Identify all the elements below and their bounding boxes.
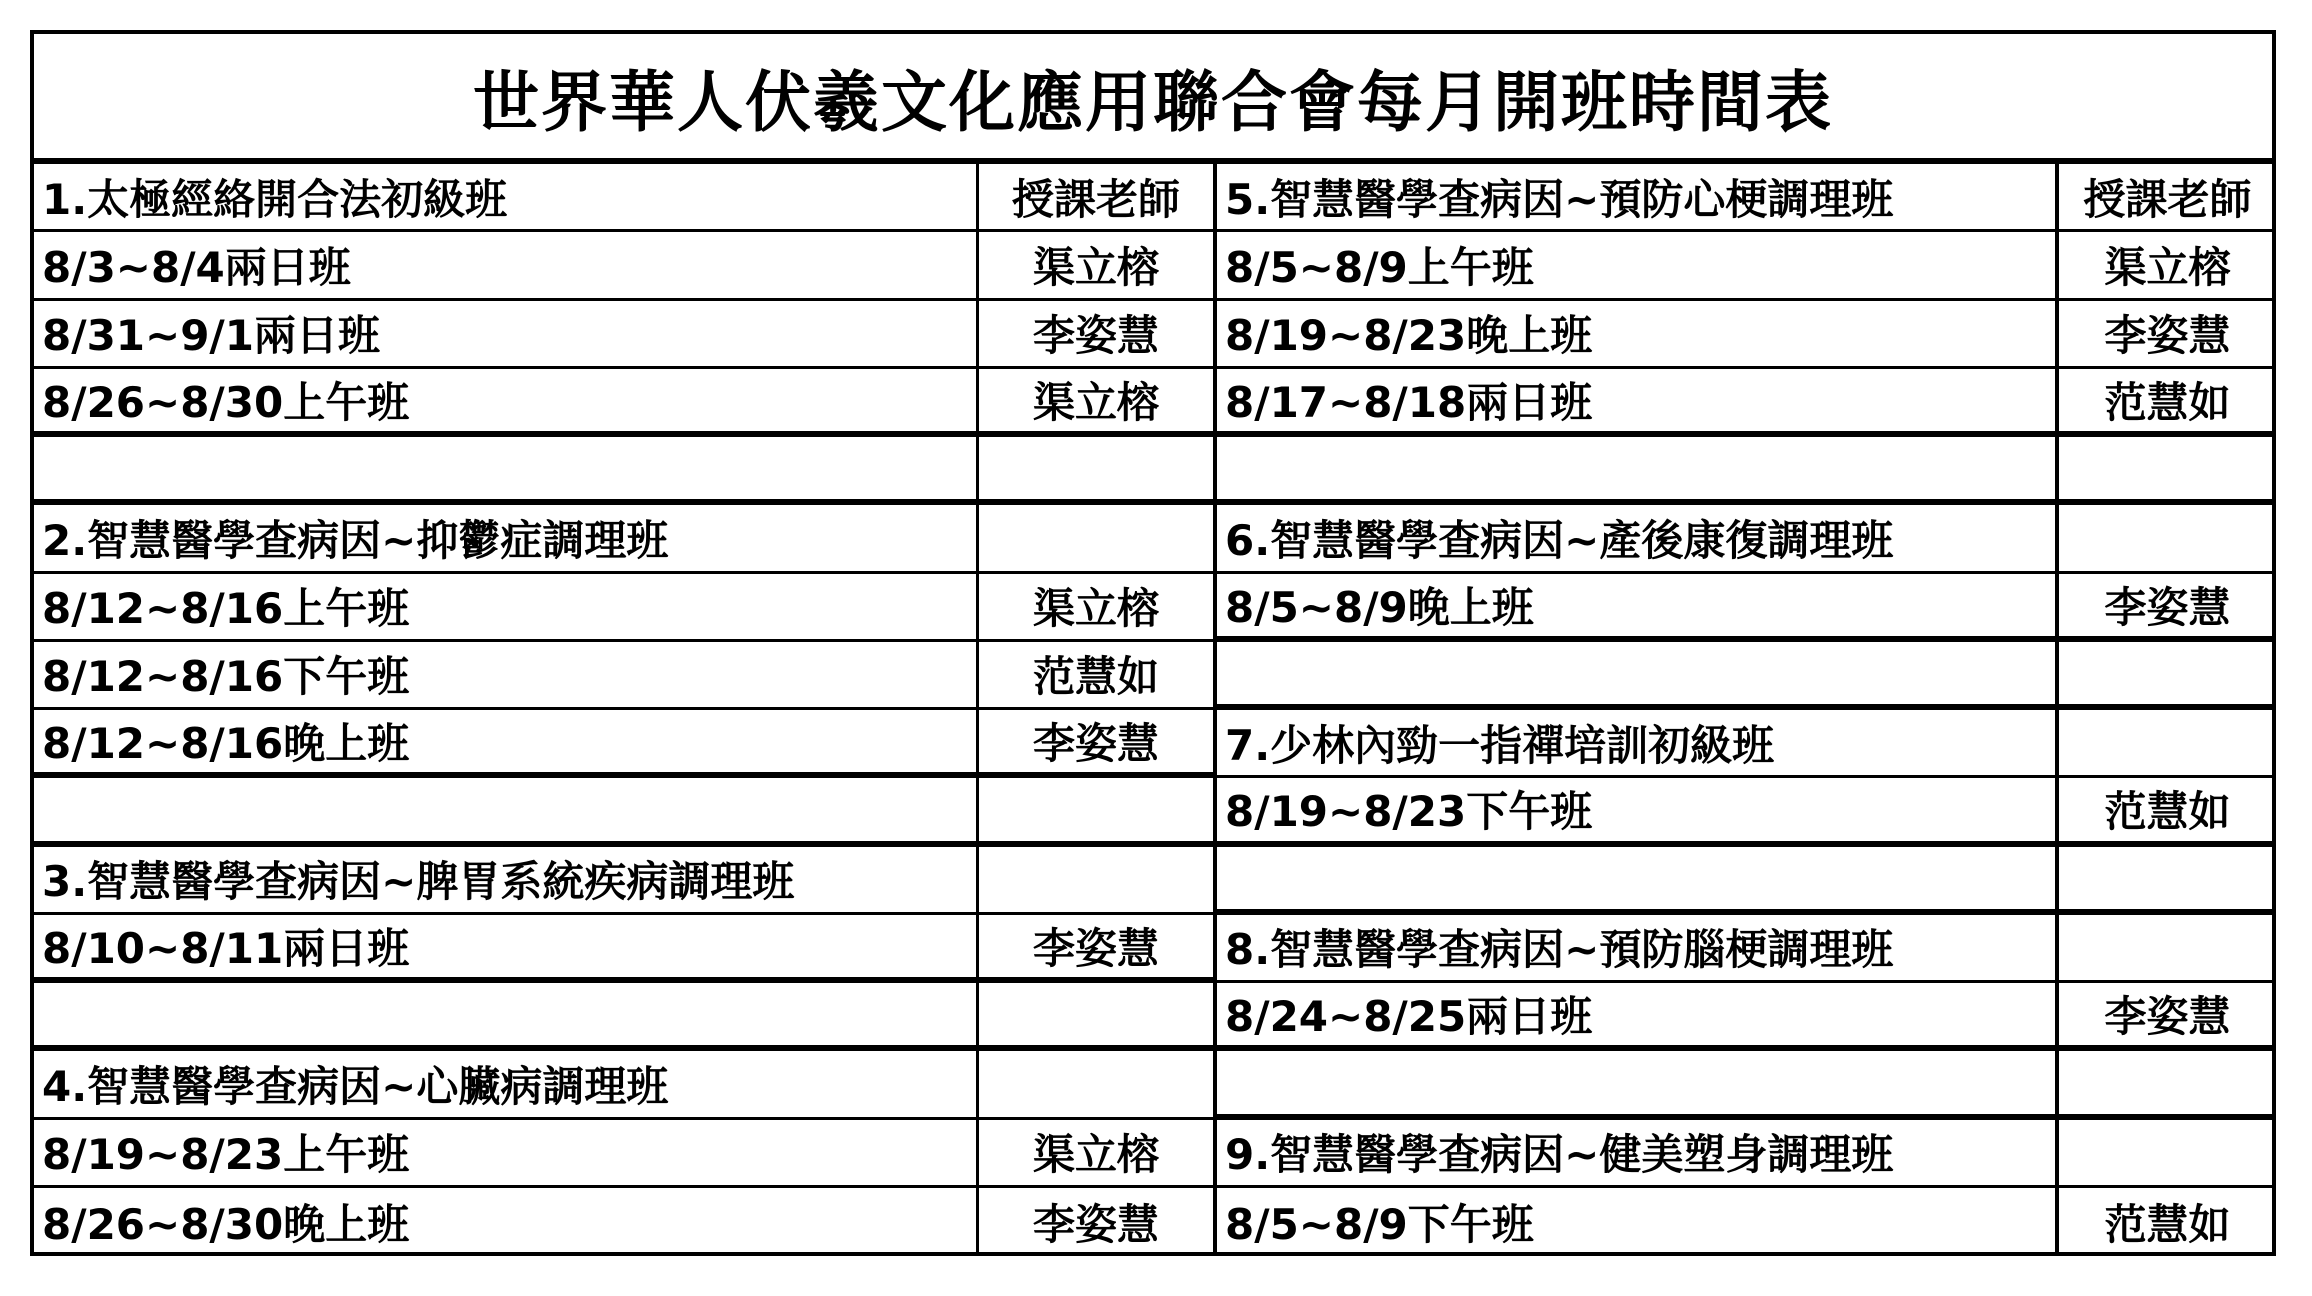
teacher-cell: 渠立榕: [979, 369, 1213, 431]
course-title-cell: 6.智慧醫學查病因~產後康復調理班: [1217, 505, 2059, 570]
teacher-cell: [2059, 1051, 2276, 1113]
teacher-cell: 李姿慧: [979, 710, 1213, 772]
course-title-cell: 2.智慧醫學查病因~抑鬱症調理班: [34, 505, 979, 570]
teacher-header-cell: 授課老師: [979, 164, 1213, 229]
table-row: [34, 983, 1213, 1051]
class-session-cell: 8/12~8/16下午班: [34, 642, 979, 707]
class-session-cell: 8/31~9/1兩日班: [34, 301, 979, 366]
page-title: 世界華人伏羲文化應用聯合會每月開班時間表: [34, 34, 2272, 164]
class-session-cell: 8/3~8/4兩日班: [34, 232, 979, 297]
teacher-cell: [979, 437, 1213, 499]
table-row: [1217, 437, 2276, 505]
table-row: [34, 778, 1213, 846]
table-row: 8/24~8/25兩日班李姿慧: [1217, 983, 2276, 1051]
teacher-cell: 渠立榕: [979, 574, 1213, 639]
class-session-cell: 8/5~8/9下午班: [1217, 1188, 2059, 1256]
course-title-cell: 1.太極經絡開合法初級班: [34, 164, 979, 229]
table-row: 8/5~8/9上午班渠立榕: [1217, 232, 2276, 300]
teacher-cell: [2059, 437, 2276, 499]
table-row: 8/31~9/1兩日班李姿慧: [34, 301, 1213, 369]
class-session-cell: 8/26~8/30晚上班: [34, 1188, 979, 1256]
table-row: 8/19~8/23晚上班李姿慧: [1217, 301, 2276, 369]
schedule-sheet: 世界華人伏羲文化應用聯合會每月開班時間表 1.太極經絡開合法初級班授課老師8/3…: [30, 30, 2276, 1256]
course-title-cell: 3.智慧醫學查病因~脾胃系統疾病調理班: [34, 847, 979, 912]
class-session-cell: 8/5~8/9晚上班: [1217, 574, 2059, 636]
class-session-cell: 8/19~8/23上午班: [34, 1120, 979, 1185]
class-session-cell: 8/17~8/18兩日班: [1217, 369, 2059, 431]
table-row: 8/12~8/16下午班范慧如: [34, 642, 1213, 710]
course-title-cell: 8.智慧醫學查病因~預防腦梗調理班: [1217, 915, 2059, 980]
class-session-cell: [34, 983, 979, 1045]
table-row: 8/5~8/9下午班范慧如: [1217, 1188, 2276, 1256]
table-row: 5.智慧醫學查病因~預防心梗調理班授課老師: [1217, 164, 2276, 232]
teacher-cell: [2059, 642, 2276, 704]
teacher-cell: 李姿慧: [2059, 574, 2276, 636]
class-session-cell: [1217, 642, 2059, 704]
table-row: 8/26~8/30上午班渠立榕: [34, 369, 1213, 437]
table-row: 6.智慧醫學查病因~產後康復調理班: [1217, 505, 2276, 573]
table-row: 8/19~8/23下午班范慧如: [1217, 778, 2276, 846]
teacher-cell: [979, 505, 1213, 570]
left-schedule-column: 1.太極經絡開合法初級班授課老師8/3~8/4兩日班渠立榕8/31~9/1兩日班…: [34, 164, 1217, 1256]
table-row: 9.智慧醫學查病因~健美塑身調理班: [1217, 1120, 2276, 1188]
teacher-cell: 范慧如: [2059, 778, 2276, 840]
table-row: 8/17~8/18兩日班范慧如: [1217, 369, 2276, 437]
teacher-header-cell: 授課老師: [2059, 164, 2276, 229]
teacher-cell: 李姿慧: [979, 301, 1213, 366]
teacher-cell: 李姿慧: [2059, 983, 2276, 1045]
table-row: 8/5~8/9晚上班李姿慧: [1217, 574, 2276, 642]
table-row: 7.少林內勁一指禪培訓初級班: [1217, 710, 2276, 778]
teacher-cell: 渠立榕: [979, 232, 1213, 297]
table-row: [34, 437, 1213, 505]
class-session-cell: 8/19~8/23下午班: [1217, 778, 2059, 840]
table-row: 3.智慧醫學查病因~脾胃系統疾病調理班: [34, 847, 1213, 915]
course-title-cell: 7.少林內勁一指禪培訓初級班: [1217, 710, 2059, 775]
teacher-cell: 范慧如: [2059, 1188, 2276, 1256]
teacher-cell: 李姿慧: [979, 1188, 1213, 1256]
class-session-cell: 8/12~8/16晚上班: [34, 710, 979, 772]
class-session-cell: [1217, 1051, 2059, 1113]
teacher-cell: 渠立榕: [979, 1120, 1213, 1185]
table-row: 8.智慧醫學查病因~預防腦梗調理班: [1217, 915, 2276, 983]
table-row: 8/10~8/11兩日班李姿慧: [34, 915, 1213, 983]
table-row: 8/3~8/4兩日班渠立榕: [34, 232, 1213, 300]
table-row: [1217, 847, 2276, 915]
table-row: 8/12~8/16晚上班李姿慧: [34, 710, 1213, 778]
course-title-cell: 5.智慧醫學查病因~預防心梗調理班: [1217, 164, 2059, 229]
teacher-cell: [2059, 1120, 2276, 1185]
teacher-cell: 渠立榕: [2059, 232, 2276, 297]
table-row: 1.太極經絡開合法初級班授課老師: [34, 164, 1213, 232]
table-row: 2.智慧醫學查病因~抑鬱症調理班: [34, 505, 1213, 573]
course-title-cell: 4.智慧醫學查病因~心臟病調理班: [34, 1051, 979, 1116]
teacher-cell: 范慧如: [2059, 369, 2276, 431]
class-session-cell: [1217, 437, 2059, 499]
table-row: 8/26~8/30晚上班李姿慧: [34, 1188, 1213, 1256]
class-session-cell: 8/5~8/9上午班: [1217, 232, 2059, 297]
class-session-cell: 8/24~8/25兩日班: [1217, 983, 2059, 1045]
teacher-cell: [979, 983, 1213, 1045]
teacher-cell: 范慧如: [979, 642, 1213, 707]
class-session-cell: 8/10~8/11兩日班: [34, 915, 979, 977]
teacher-cell: [979, 778, 1213, 840]
teacher-cell: [2059, 505, 2276, 570]
teacher-cell: [979, 847, 1213, 912]
table-row: 4.智慧醫學查病因~心臟病調理班: [34, 1051, 1213, 1119]
class-session-cell: [34, 778, 979, 840]
teacher-cell: [979, 1051, 1213, 1116]
class-session-cell: [1217, 847, 2059, 909]
table-row: [1217, 642, 2276, 710]
teacher-cell: 李姿慧: [979, 915, 1213, 977]
table-row: 8/12~8/16上午班渠立榕: [34, 574, 1213, 642]
course-title-cell: 9.智慧醫學查病因~健美塑身調理班: [1217, 1120, 2059, 1185]
teacher-cell: [2059, 915, 2276, 980]
right-schedule-column: 5.智慧醫學查病因~預防心梗調理班授課老師8/5~8/9上午班渠立榕8/19~8…: [1217, 164, 2276, 1256]
class-session-cell: [34, 437, 979, 499]
schedule-grid: 1.太極經絡開合法初級班授課老師8/3~8/4兩日班渠立榕8/31~9/1兩日班…: [34, 164, 2272, 1256]
teacher-cell: 李姿慧: [2059, 301, 2276, 366]
table-row: 8/19~8/23上午班渠立榕: [34, 1120, 1213, 1188]
table-row: [1217, 1051, 2276, 1119]
teacher-cell: [2059, 847, 2276, 909]
teacher-cell: [2059, 710, 2276, 775]
class-session-cell: 8/19~8/23晚上班: [1217, 301, 2059, 366]
class-session-cell: 8/26~8/30上午班: [34, 369, 979, 431]
class-session-cell: 8/12~8/16上午班: [34, 574, 979, 639]
